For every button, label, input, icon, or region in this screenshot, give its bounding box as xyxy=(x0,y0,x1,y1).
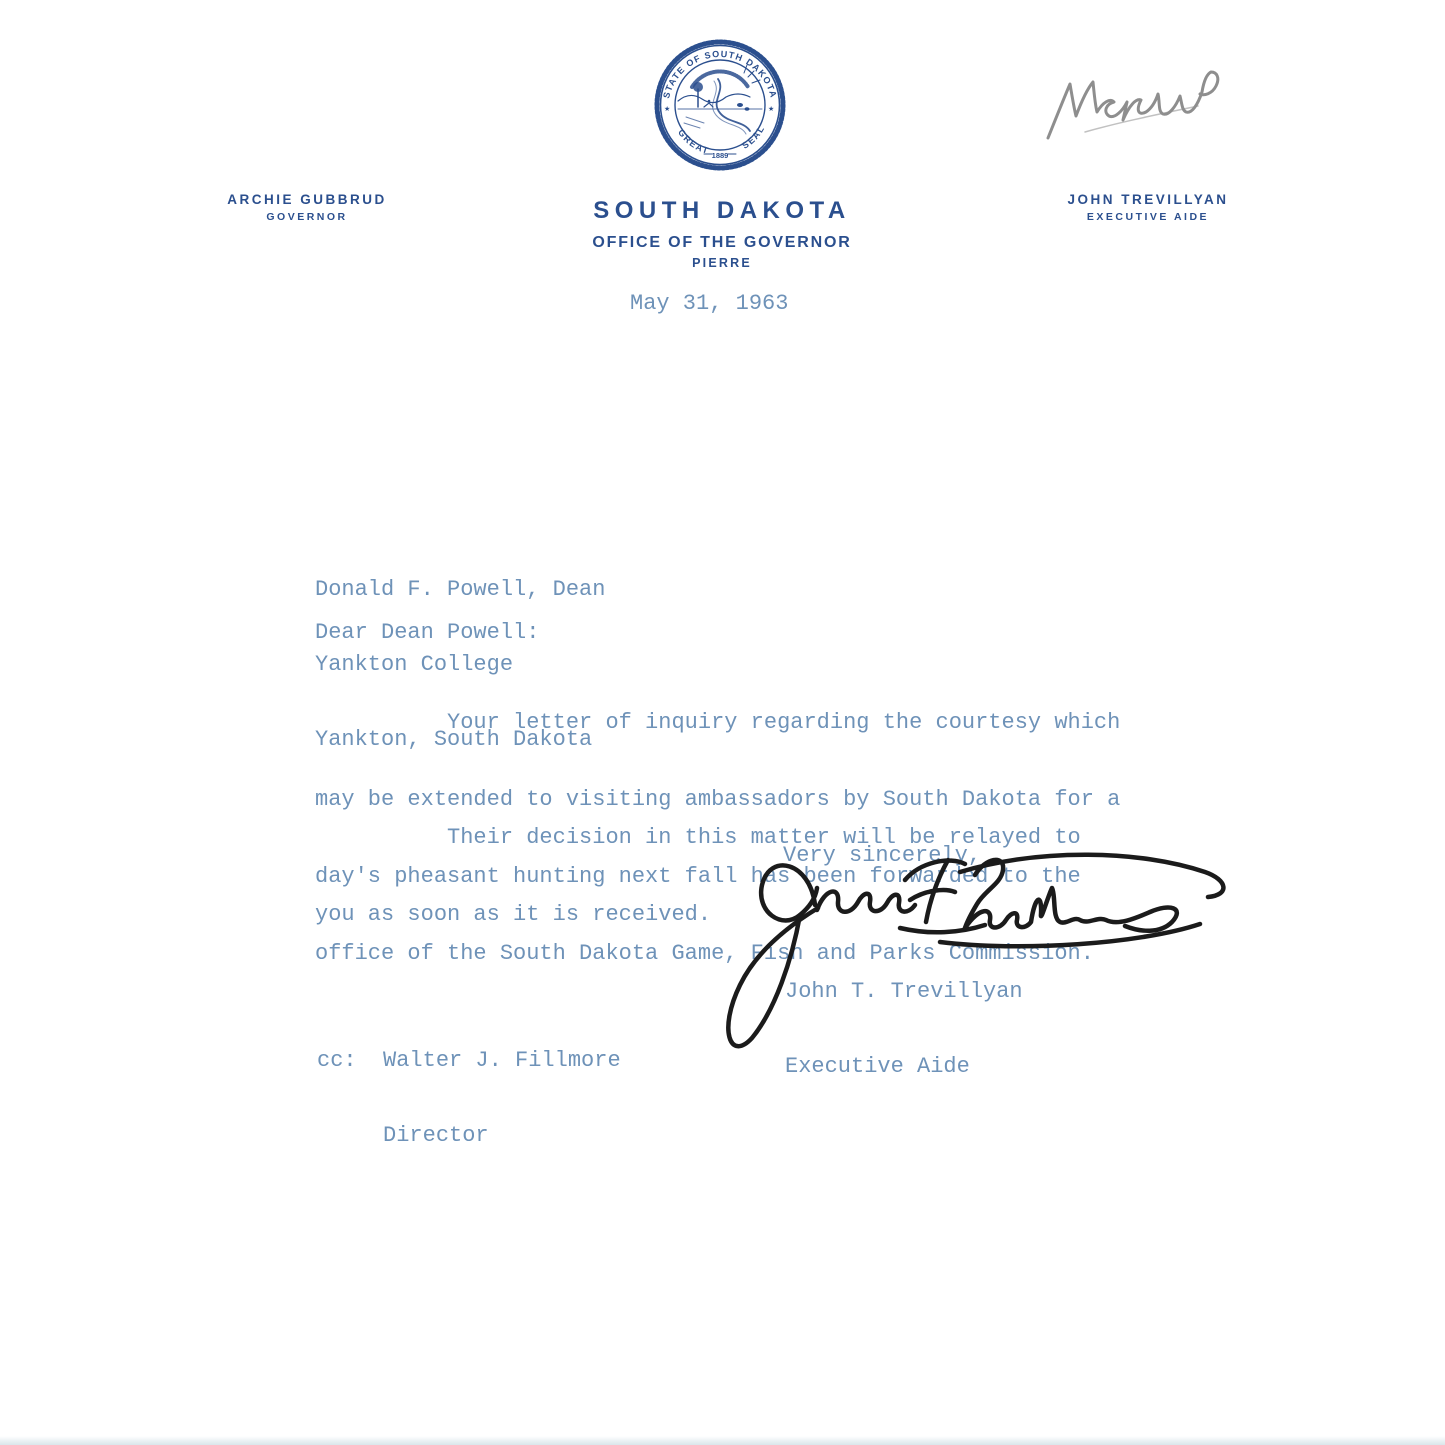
letterhead-right: JOHN TREVILLYAN EXECUTIVE AIDE xyxy=(1028,192,1268,223)
cc-title-line: Director xyxy=(317,1123,621,1148)
state-seal: STATE OF SOUTH DAKOTA GREAT SEAL 1889 ★ … xyxy=(652,37,788,173)
scan-bottom-edge xyxy=(0,1436,1445,1445)
handwritten-annotation xyxy=(1030,62,1245,157)
pencil-scribble xyxy=(1030,62,1245,157)
seal-year: 1889 xyxy=(712,151,729,160)
letter-date: May 31, 1963 xyxy=(630,291,788,316)
typed-signature-block: John T. Trevillyan Executive Aide xyxy=(785,929,1023,1129)
seal-river xyxy=(717,79,750,131)
letterhead-center: SOUTH DAKOTA OFFICE OF THE GOVERNOR PIER… xyxy=(522,197,922,270)
state-seal-graphic: STATE OF SOUTH DAKOTA GREAT SEAL 1889 ★ … xyxy=(652,37,788,173)
seal-star-left-icon: ★ xyxy=(664,105,670,113)
seal-plowman xyxy=(704,103,713,107)
seal-serrated-edge xyxy=(657,42,783,168)
letterhead-left: ARCHIE GUBBRUD GOVERNOR xyxy=(187,192,427,223)
cc-name-line: cc: Walter J. Fillmore xyxy=(317,1048,621,1073)
body-line: Your letter of inquiry regarding the cou… xyxy=(315,709,1120,736)
signer-title-typed: Executive Aide xyxy=(785,1054,1023,1079)
governor-title: GOVERNOR xyxy=(187,211,427,223)
aide-title: EXECUTIVE AIDE xyxy=(1028,211,1268,223)
seal-star-right-icon: ★ xyxy=(768,105,774,113)
aide-name: JOHN TREVILLYAN xyxy=(1028,192,1268,207)
seal-cattle xyxy=(737,103,743,107)
office-city: PIERRE xyxy=(522,256,922,270)
cc-block: cc: Walter J. Fillmore Director xyxy=(317,998,621,1198)
signer-name-typed: John T. Trevillyan xyxy=(785,979,1023,1004)
state-name: SOUTH DAKOTA xyxy=(522,197,922,225)
recipient-name: Donald F. Powell, Dean xyxy=(315,577,605,602)
office-name: OFFICE OF THE GOVERNOR xyxy=(522,234,922,252)
governor-name: ARCHIE GUBBRUD xyxy=(187,192,427,207)
seal-furrows xyxy=(684,117,704,128)
salutation: Dear Dean Powell: xyxy=(315,620,539,645)
scanned-letter-page: STATE OF SOUTH DAKOTA GREAT SEAL 1889 ★ … xyxy=(0,0,1445,1445)
